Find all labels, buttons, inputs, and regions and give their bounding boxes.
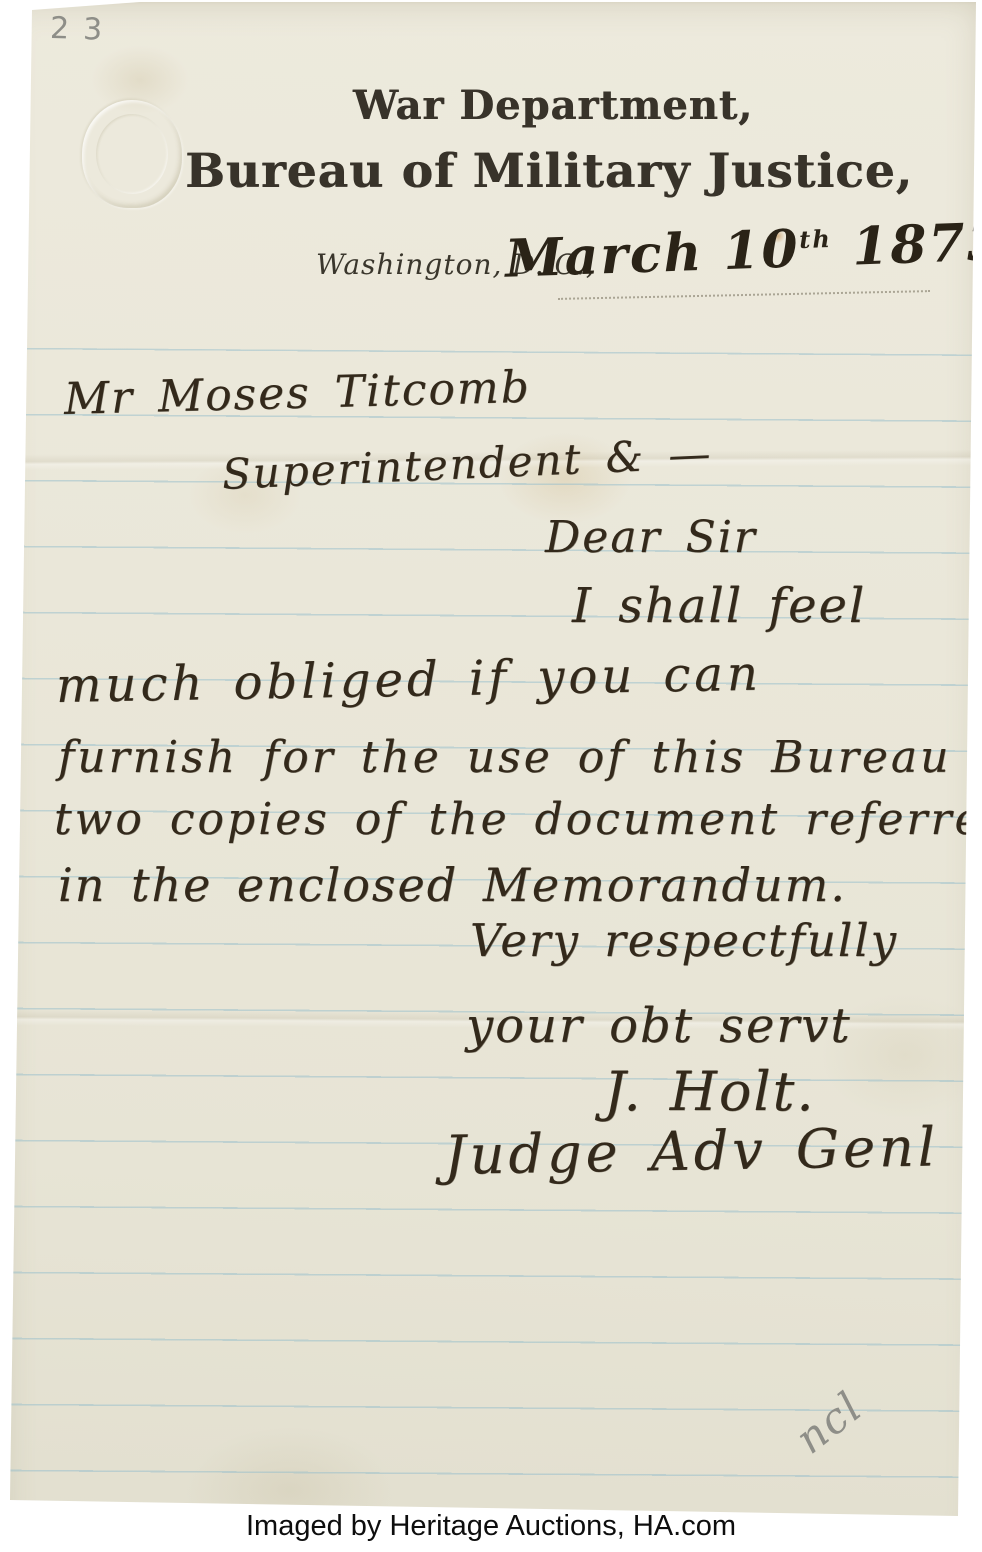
signature-title-line: Judge Adv Genl	[443, 1117, 939, 1185]
letter-paper: 23 War Department, Bureau of Military Ju…	[0, 0, 982, 1552]
letterhead-department: War Department,	[353, 82, 753, 129]
letterhead-bureau: Bureau of Military Justice,	[185, 144, 913, 199]
embossed-seal-inner-ring	[96, 114, 168, 194]
date-dotted-underline	[558, 290, 930, 300]
closing-line: Very respectfully	[470, 916, 898, 966]
body-line: two copies of the document referred	[54, 796, 982, 844]
closing-line: your obt servt	[466, 1000, 852, 1053]
scanned-letter-page: 23 War Department, Bureau of Military Ju…	[0, 0, 982, 1552]
salutation-line: Dear Sir	[545, 514, 757, 562]
date-day-suffix: th	[799, 224, 833, 254]
handwritten-date: March 10th 1873	[504, 211, 982, 289]
signature-line: J. Holt.	[604, 1062, 816, 1121]
date-year: 1873	[851, 211, 982, 277]
body-line: furnish for the use of this Bureau	[58, 734, 952, 782]
date-day: 10	[722, 218, 800, 282]
body-line: much obliged if you can	[56, 648, 763, 713]
body-line: in the enclosed Memorandum.	[58, 860, 847, 911]
embossed-seal	[82, 100, 182, 208]
date-month: March	[504, 222, 704, 290]
pencil-archival-number: 23	[49, 11, 116, 48]
footer-credit: Imaged by Heritage Auctions, HA.com	[0, 1510, 982, 1552]
body-line: I shall feel	[572, 580, 866, 633]
